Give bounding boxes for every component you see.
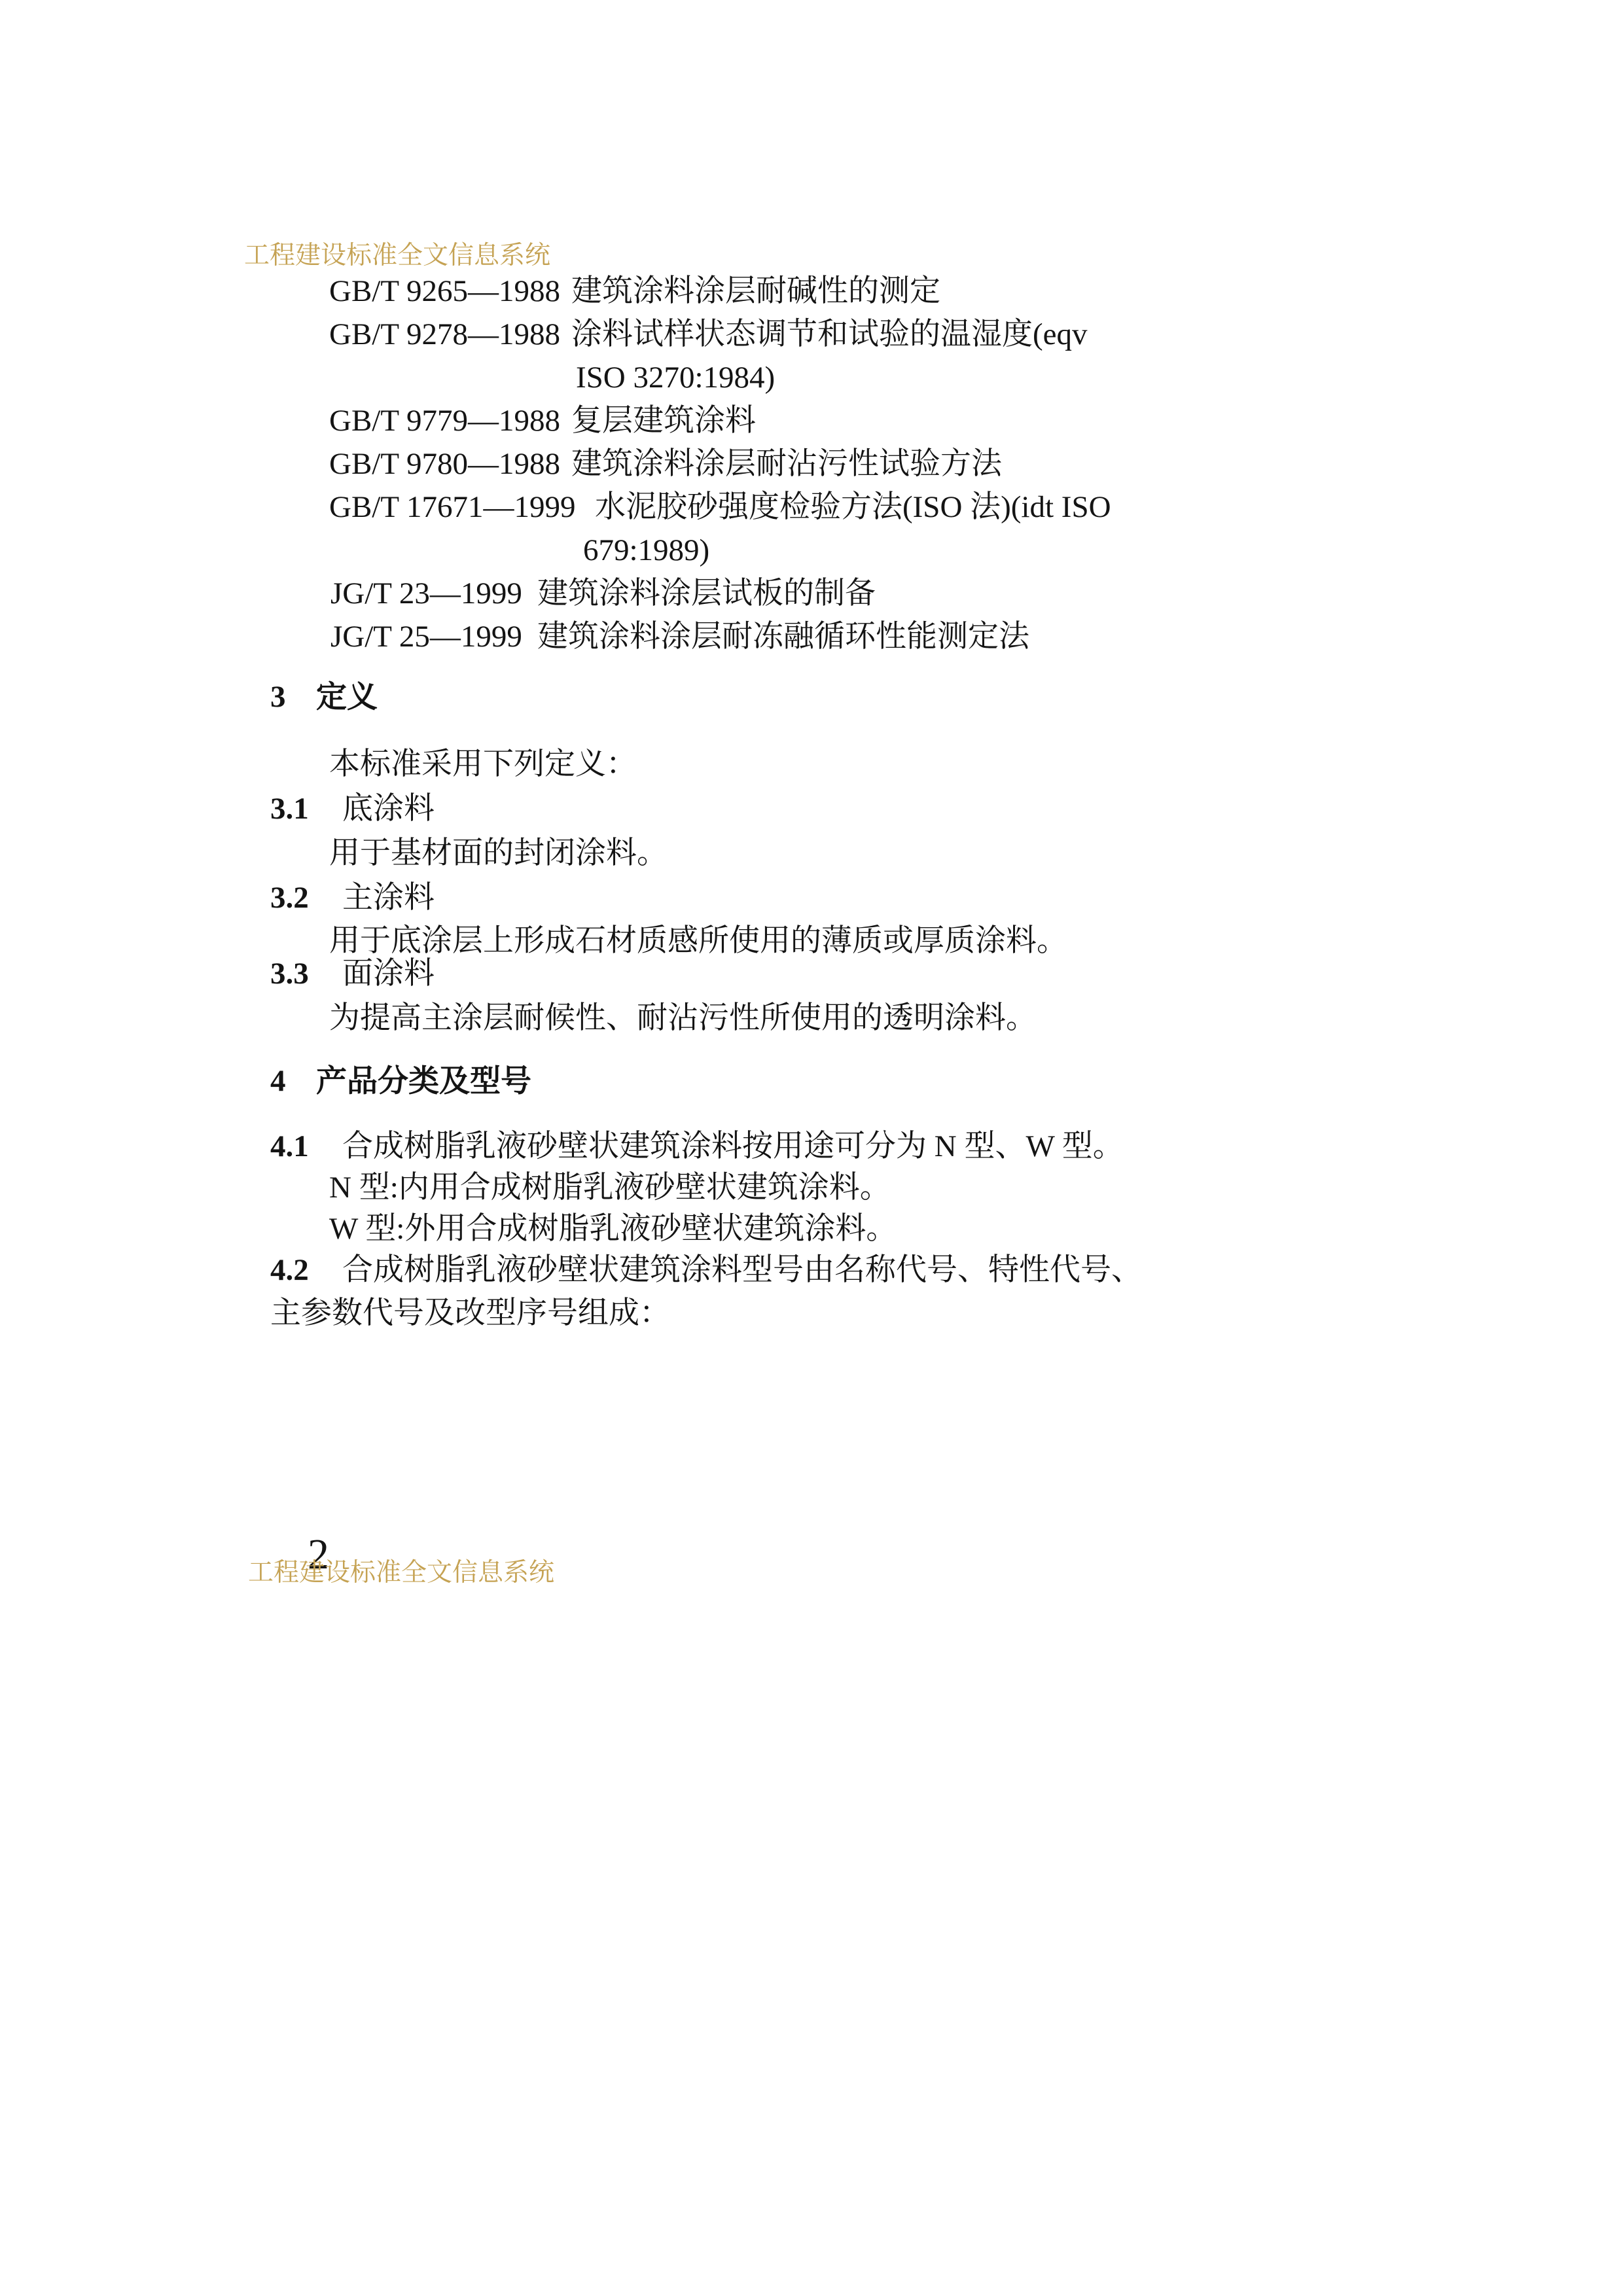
standard-code: GB/T 9265—1988 xyxy=(329,270,560,313)
clause-number: 4.2 xyxy=(270,1248,309,1292)
paragraph-text: W 型:外用合成树脂乳液砂壁状建筑涂料。 xyxy=(329,1207,897,1250)
clause-text: 合成树脂乳液砂壁状建筑涂料按用途可分为 N 型、W 型。 xyxy=(342,1125,1124,1168)
clause-number: 3.3 xyxy=(270,952,309,995)
standard-code: GB/T 17671—1999 xyxy=(329,486,575,529)
definition-text: 为提高主涂层耐候性、耐沾污性所使用的透明涂料。 xyxy=(329,997,1037,1040)
standard-code: GB/T 9779—1988 xyxy=(329,399,560,442)
clause-3-3: 3.3 面涂料 xyxy=(0,952,1623,995)
standard-title-continuation: ISO 3270:1984) xyxy=(576,356,775,399)
reference-item-continuation: 679:1989) xyxy=(0,529,1623,572)
reference-item: GB/T 9780—1988 建筑涂料涂层耐沾污性试验方法 xyxy=(0,442,1623,486)
type-w-definition: W 型:外用合成树脂乳液砂壁状建筑涂料。 xyxy=(0,1207,1623,1250)
clause-3-2: 3.2 主涂料 xyxy=(0,876,1623,919)
standard-code: JG/T 25—1999 xyxy=(330,615,522,658)
paragraph-text: 本标准采用下列定义： xyxy=(329,743,637,786)
standard-code: JG/T 23—1999 xyxy=(330,572,522,615)
standard-title: 建筑涂料涂层试板的制备 xyxy=(537,572,876,615)
clause-number: 4.1 xyxy=(270,1125,309,1168)
section-title: 定义 xyxy=(316,675,378,718)
standard-code: GB/T 9780—1988 xyxy=(329,442,560,486)
reference-item: GB/T 9779—1988 复层建筑涂料 xyxy=(0,399,1623,442)
header-watermark: 工程建设标准全文信息系统 xyxy=(244,241,550,271)
standard-title: 建筑涂料涂层耐沾污性试验方法 xyxy=(571,442,1002,486)
paragraph-text: N 型:内用合成树脂乳液砂壁状建筑涂料。 xyxy=(329,1166,891,1209)
section-number: 3 xyxy=(270,675,286,718)
clause-term: 底涂料 xyxy=(342,787,435,830)
standard-title: 水泥胶砂强度检验方法(ISO 法)(idt ISO xyxy=(595,486,1111,529)
section-number: 4 xyxy=(270,1059,286,1103)
reference-item-continuation: ISO 3270:1984) xyxy=(0,356,1623,399)
clause-4-1: 4.1 合成树脂乳液砂壁状建筑涂料按用途可分为 N 型、W 型。 xyxy=(0,1125,1623,1168)
standard-title: 涂料试样状态调节和试验的温湿度(eqv xyxy=(571,313,1088,356)
clause-number: 3.2 xyxy=(270,876,309,919)
clause-4-2-continuation: 主参数代号及改型序号组成： xyxy=(0,1292,1623,1335)
clause-3-1-definition: 用于基材面的封闭涂料。 xyxy=(0,832,1623,875)
standard-title: 建筑涂料涂层耐冻融循环性能测定法 xyxy=(537,615,1029,658)
section-3-heading: 3 定义 xyxy=(0,675,1623,718)
document-page: 工程建设标准全文信息系统 GB/T 9265—1988 建筑涂料涂层耐碱性的测定… xyxy=(0,0,1623,2296)
reference-item: GB/T 9278—1988 涂料试样状态调节和试验的温湿度(eqv xyxy=(0,313,1623,356)
section-4-heading: 4 产品分类及型号 xyxy=(0,1059,1623,1103)
clause-term: 面涂料 xyxy=(342,952,435,995)
clause-number: 3.1 xyxy=(270,787,309,830)
clause-3-3-definition: 为提高主涂层耐候性、耐沾污性所使用的透明涂料。 xyxy=(0,997,1623,1040)
reference-item: GB/T 17671—1999 水泥胶砂强度检验方法(ISO 法)(idt IS… xyxy=(0,486,1623,529)
clause-text-continuation: 主参数代号及改型序号组成： xyxy=(270,1292,670,1335)
standard-title: 建筑涂料涂层耐碱性的测定 xyxy=(571,270,940,313)
standard-title: 复层建筑涂料 xyxy=(571,399,756,442)
reference-item: JG/T 23—1999 建筑涂料涂层试板的制备 xyxy=(0,572,1623,615)
standard-code: GB/T 9278—1988 xyxy=(329,313,560,356)
standard-title-continuation: 679:1989) xyxy=(583,529,709,572)
reference-item: JG/T 25—1999 建筑涂料涂层耐冻融循环性能测定法 xyxy=(0,615,1623,658)
footer-watermark: 工程建设标准全文信息系统 xyxy=(248,1558,554,1588)
clause-4-2: 4.2 合成树脂乳液砂壁状建筑涂料型号由名称代号、特性代号、 xyxy=(0,1248,1623,1292)
section-3-intro: 本标准采用下列定义： xyxy=(0,743,1623,786)
section-title: 产品分类及型号 xyxy=(316,1059,531,1103)
definition-text: 用于基材面的封闭涂料。 xyxy=(329,832,668,875)
clause-3-1: 3.1 底涂料 xyxy=(0,787,1623,830)
clause-term: 主涂料 xyxy=(342,876,435,919)
reference-item: GB/T 9265—1988 建筑涂料涂层耐碱性的测定 xyxy=(0,270,1623,313)
type-n-definition: N 型:内用合成树脂乳液砂壁状建筑涂料。 xyxy=(0,1166,1623,1209)
clause-text: 合成树脂乳液砂壁状建筑涂料型号由名称代号、特性代号、 xyxy=(342,1248,1142,1292)
